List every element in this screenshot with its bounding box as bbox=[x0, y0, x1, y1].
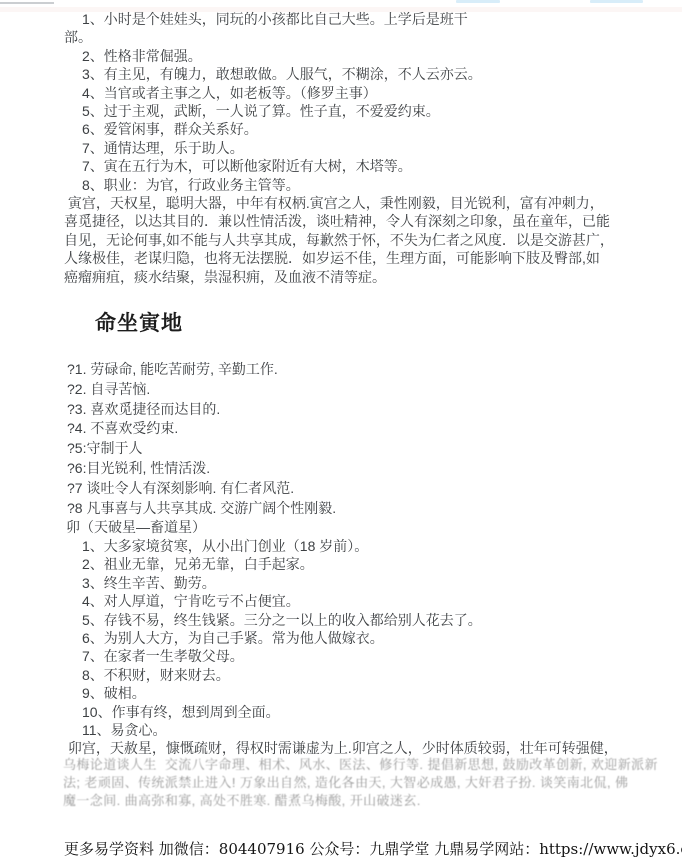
yin-palace-paragraph: 寅宫，天权星，聪明大器，中年有权柄.寅宫之人，秉性刚毅，目光锐利，富有冲刺力， … bbox=[64, 194, 620, 286]
list-item: 11、易贪心。 bbox=[64, 721, 620, 739]
mao-star-title: 卯（天破星—畜道星） bbox=[64, 518, 620, 536]
footer-contact-line: 更多易学资料 加微信：804407916 公众号：九鼎学堂 九鼎易学网站：htt… bbox=[64, 838, 682, 859]
list-item: ?6:目光锐利, 性情活泼. bbox=[64, 459, 620, 479]
list-item: ?8 凡事喜与人共享其成. 交游广阔个性刚毅. bbox=[64, 499, 620, 519]
question-numbered-list: ?1. 劳碌命, 能吃苦耐劳, 辛勤工作. ?2. 自寻苦恼. ?3. 喜欢觅捷… bbox=[64, 360, 620, 518]
document-body: 1、小时是个娃娃头，同玩的小孩都比自己大些。上学后是班干 部。 2、性格非常倔强… bbox=[64, 10, 620, 758]
list-item: ?3. 喜欢觅捷径而达目的. bbox=[64, 400, 620, 420]
list-item: 1、大多家境贫寒，从小出门创业（18 岁前）。 bbox=[64, 537, 620, 555]
yin-numbered-list: 1、小时是个娃娃头，同玩的小孩都比自己大些。上学后是班干 部。 2、性格非常倔强… bbox=[64, 10, 620, 194]
selection-highlight-bar-2 bbox=[590, 0, 643, 3]
list-item: ?7 谈吐令人有深刻影响. 有仁者风范. bbox=[64, 479, 620, 499]
list-item: ?1. 劳碌命, 能吃苦耐劳, 辛勤工作. bbox=[64, 360, 620, 380]
list-item: ?4. 不喜欢受约束. bbox=[64, 419, 620, 439]
list-item: 9、破相。 bbox=[64, 684, 620, 702]
section-heading-ming-zuo-yin-di: 命坐寅地 bbox=[95, 311, 620, 337]
list-item: 8、职业：为官，行政业务主管等。 bbox=[64, 176, 620, 194]
list-item: 5、过于主观，武断，一人说了算。性子直，不爱爱约束。 bbox=[64, 102, 620, 120]
list-item: 7、在家者一生孝敬父母。 bbox=[64, 647, 620, 665]
mao-numbered-list: 1、大多家境贫寒，从小出门创业（18 岁前）。 2、祖业无靠，兄弟无靠，白手起家… bbox=[64, 537, 620, 739]
list-item: 4、当官或者主事之人，如老板等。（修罗主事） bbox=[64, 84, 620, 102]
list-item: ?5:守制于人 bbox=[64, 439, 620, 459]
list-item: 5、存钱不易，终生钱紧。三分之一以上的收入都给别人花去了。 bbox=[64, 611, 620, 629]
list-item: 6、为别人大方，为自己手紧。常为他人做嫁衣。 bbox=[64, 629, 620, 647]
list-item: ?2. 自寻苦恼. bbox=[64, 380, 620, 400]
list-item: 4、对人厚道，宁肯吃亏不占便宜。 bbox=[64, 592, 620, 610]
list-item: 8、不积财，财来财去。 bbox=[64, 666, 620, 684]
list-item: 1、小时是个娃娃头，同玩的小孩都比自己大些。上学后是班干 部。 bbox=[64, 10, 620, 47]
list-item: 7、通情达理，乐于助人。 bbox=[64, 139, 620, 157]
mao-palace-paragraph: 卯宫，天赦星，慷慨疏财，得权时需谦虚为上.卯宫之人，少时体质较弱，壮年可转强健， bbox=[64, 739, 620, 757]
list-item: 3、有主见，有魄力，敢想敢做。人服气，不糊涂，不人云亦云。 bbox=[64, 65, 620, 83]
selection-highlight-bar-1 bbox=[456, 0, 500, 3]
list-item: 7、寅在五行为木，可以断他家附近有大树，木塔等。 bbox=[64, 157, 620, 175]
list-item: 2、性格非常倔强。 bbox=[64, 47, 620, 65]
list-item: 10、作事有终，想到周到全面。 bbox=[64, 703, 620, 721]
list-item: 2、祖业无靠，兄弟无靠，白手起家。 bbox=[64, 555, 620, 573]
list-item: 3、终生辛苦、勤劳。 bbox=[64, 574, 620, 592]
top-left-rule bbox=[0, 2, 54, 4]
list-item: 6、爱管闲事，群众关系好。 bbox=[64, 120, 620, 138]
watermark-text: 乌梅论道谈人生 交流八字命理、相术、风水、医法、修行等. 提倡新思想, 鼓励改革… bbox=[63, 756, 673, 811]
